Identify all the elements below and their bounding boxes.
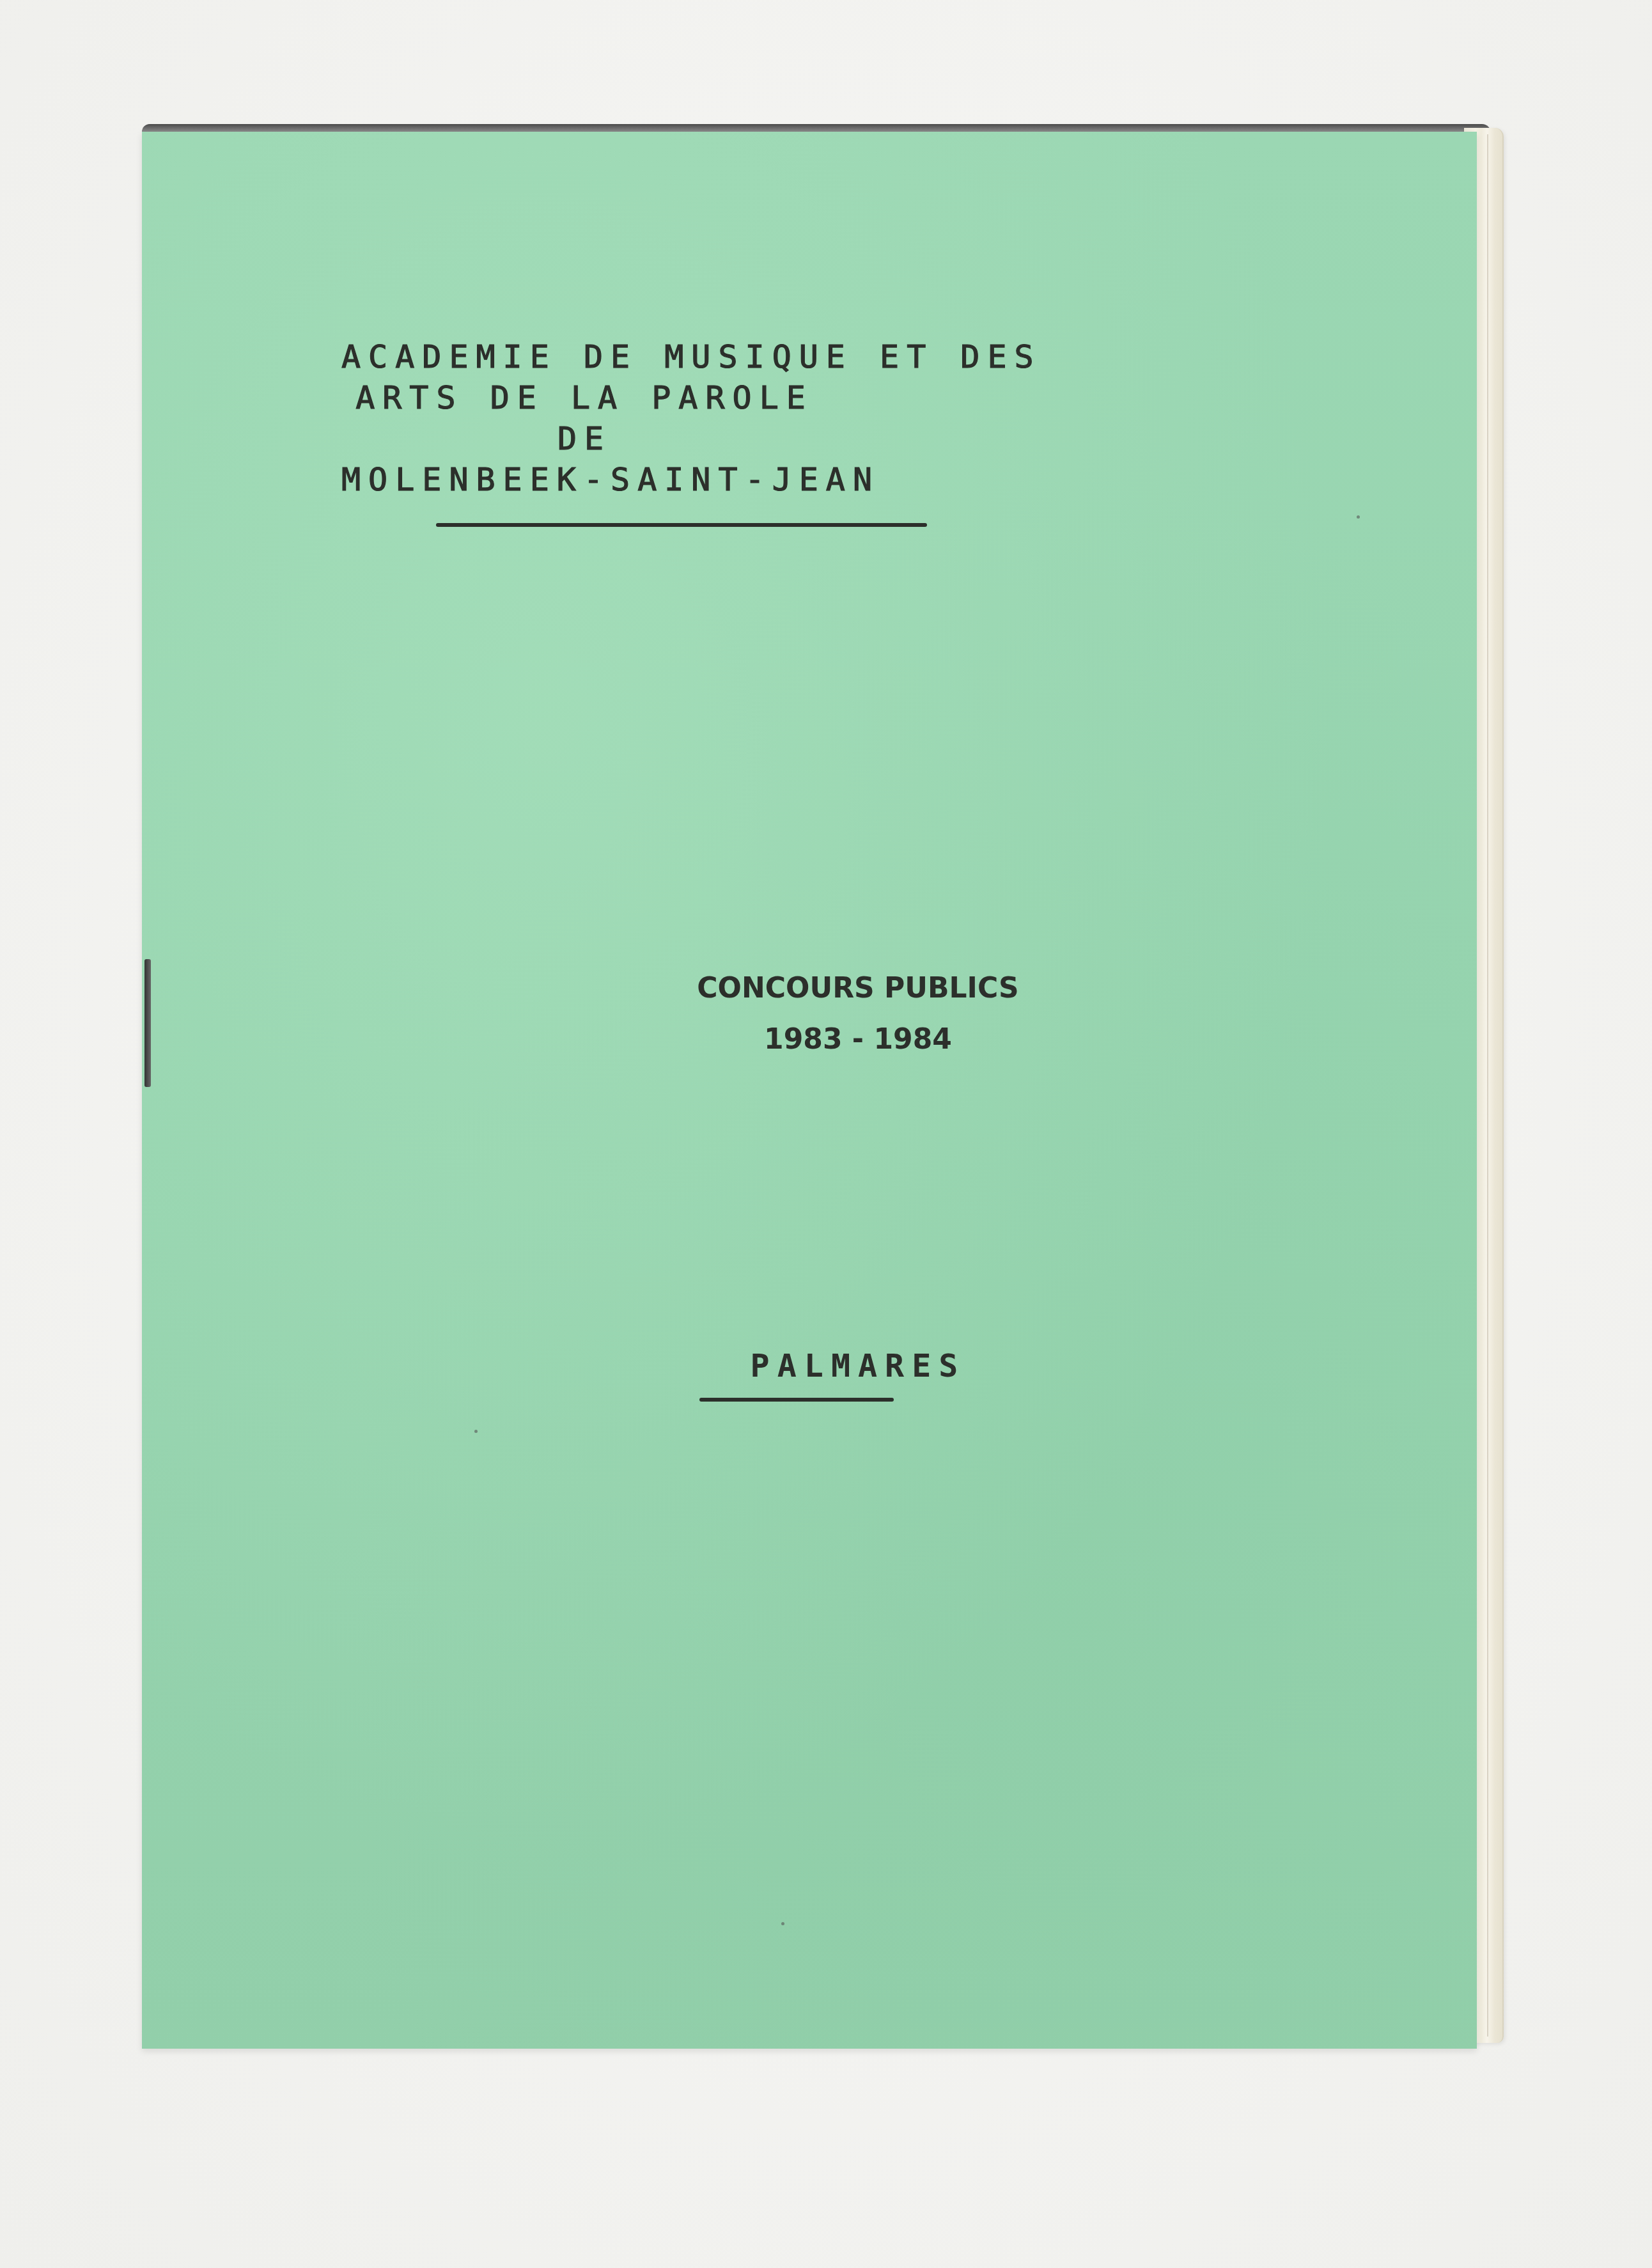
- event-block: CONCOURS PUBLICS 1983 - 1984: [666, 963, 1050, 1065]
- paper-speck: [1357, 515, 1360, 519]
- institution-line-1: ACADEMIE DE MUSIQUE ET DES: [341, 336, 827, 377]
- paper-speck: [474, 1430, 478, 1433]
- booklet-cover: ACADEMIE DE MUSIQUE ET DES ARTS DE LA PA…: [142, 132, 1477, 2049]
- section-title: PALMARES: [666, 1347, 1050, 1385]
- staple-mark: [144, 959, 151, 1087]
- institution-line-3: DE: [341, 418, 827, 459]
- institution-line-2: ARTS DE LA PAROLE: [341, 377, 827, 418]
- institution-name: ACADEMIE DE MUSIQUE ET DES ARTS DE LA PA…: [341, 336, 827, 500]
- event-title: CONCOURS PUBLICS: [666, 963, 1050, 1014]
- institution-underline: [436, 523, 927, 527]
- event-years: 1983 - 1984: [666, 1014, 1050, 1065]
- paper-speck: [781, 1922, 784, 1925]
- institution-line-4: MOLENBEEK-SAINT-JEAN: [341, 459, 827, 500]
- section-title-underline: [699, 1398, 894, 1402]
